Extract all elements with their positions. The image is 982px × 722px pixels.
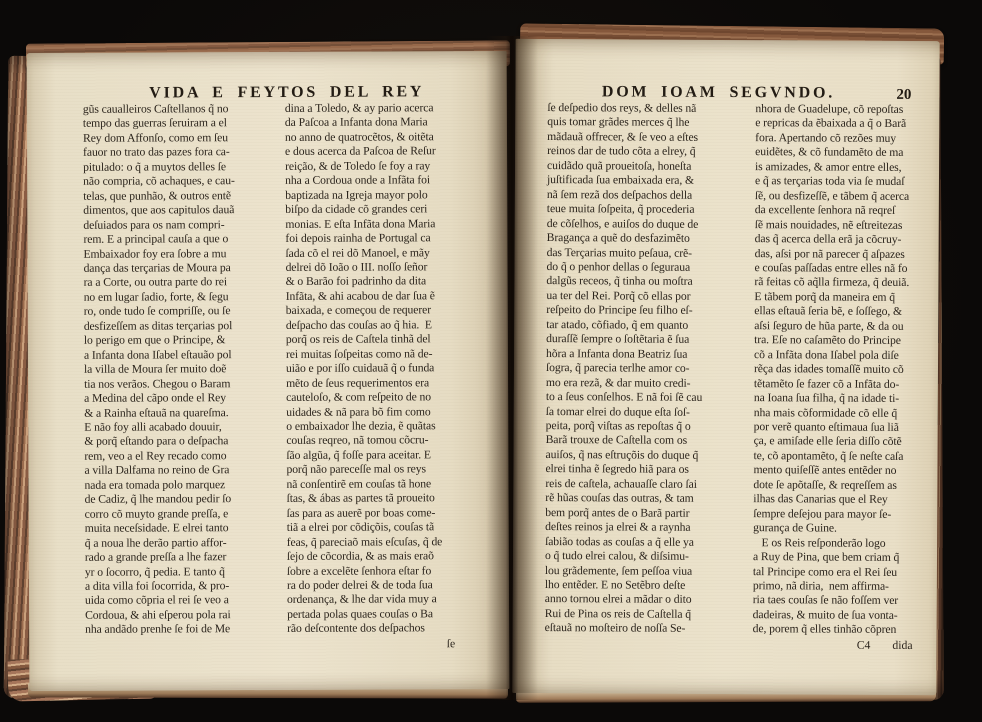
text-line: tar atado, cõfiado, q̃ em quanto — [546, 318, 738, 333]
text-line: e repricas da ẽbaixada a q̃ o Barã — [755, 117, 941, 132]
folio-number: 20 — [896, 87, 911, 104]
text-line: nha mais cõformidade cõ elle q̃ — [754, 406, 940, 421]
text-line: porq̃ não pareceſſe mal os reys — [286, 462, 482, 477]
text-line: das q̃ acerca della erã ja cõcruy- — [755, 232, 941, 247]
text-line: nã ſem rezã dos deſpachos della — [547, 188, 739, 203]
text-line: Bragança a quẽ do desfazimẽto — [547, 231, 739, 246]
text-line: yr o ſocorro, q̃ pedia. E tanto q̃ — [85, 564, 277, 579]
text-line: q̃ a noua lhe derão partio affor- — [85, 536, 277, 551]
text-line: gurança de Guine. — [753, 521, 939, 536]
text-line: lho entẽder. E no Setẽbro deſte — [545, 578, 737, 593]
text-line: rẽ hũas couſas das outras, & tam — [545, 491, 737, 506]
text-line: porq̃ os reis de Caſtela tinhã del — [286, 332, 482, 347]
text-line: dimentos, que aos capitulos dauã — [83, 203, 275, 218]
catchword: dida — [892, 639, 912, 654]
right-page: DOM IOAM SEGVNDO. 20 ſe deſpedio dos rey… — [512, 39, 939, 695]
text-line: lo perigo em que o Principe, & — [84, 333, 276, 348]
text-line: ſẽ, ou desfizeſſẽ, e tãbem q̃ acerca — [755, 189, 941, 204]
text-line: hõra a Infanta dona Beatriz ſua — [546, 347, 738, 362]
text-line: rado a grande preſſa a lhe fazer — [85, 550, 277, 565]
text-line: rem. E a principal cauſa a que o — [83, 232, 275, 247]
signature-mark: C4 — [857, 639, 871, 654]
text-line: baptizada na Igreja mayor polo — [285, 188, 481, 203]
text-line: cauteloſo, & com reſpeito de no — [286, 390, 482, 405]
text-line: ra a Corte, ou outra parte do rei — [84, 275, 276, 290]
text-line: nhora de Guadelupe, cõ repoſtas — [755, 102, 941, 117]
text-line: la villa de Moura ſer muito doẽ — [84, 362, 276, 377]
text-line: juſtificada ſua embaixada era, & — [547, 173, 739, 188]
text-line: no anno de quatrocẽtos, & oitẽta — [285, 130, 481, 145]
text-line: monias. E eſta Infãta dona Maria — [285, 217, 481, 232]
text-line: desfizeſſem as ditas terçarias pol — [84, 319, 276, 334]
text-line: te, cõ apontamẽto, q̃ ſe neſte caſa — [753, 449, 939, 464]
text-line: ordenança, & lhe dar vida muy a — [287, 592, 483, 607]
text-line: ſabião todas as couſas a q̃ elle ya — [545, 535, 737, 550]
text-line: deſpacho das couſas ao q̃ hia. E — [286, 318, 482, 333]
book-photo: VIDA E FEYTOS DEL REY gũs caualleiros Ca… — [0, 0, 982, 722]
text-line: feas, q̃ pareciaõ mais eſcuſas, q̃ de — [287, 535, 483, 550]
text-line: tiã a elrei por cõdiçõis, couſas tã — [287, 520, 483, 535]
text-line: duraſſẽ ſempre o ſoſtẽtaria ẽ ſua — [546, 332, 738, 347]
text-line: rẽça das idades tomaſſẽ muito cõ — [754, 362, 940, 377]
text-line: pertada polas quaes couſas o Ba — [287, 607, 483, 622]
text-line: por verẽ quanto eſtimaua ſua liã — [754, 420, 940, 435]
catchword: ſe — [287, 637, 483, 652]
text-line: rã feitas cõ aq̃lla firmeza, q̃ deuiã. — [754, 276, 940, 291]
text-line: nada era tomada polo marquez — [84, 478, 276, 493]
text-line: gũs caualleiros Caſtellanos q̃ no — [83, 102, 275, 117]
text-line: uidades & nã para bõ fim como — [286, 405, 482, 420]
text-line: Infãta, & ahi acabou de dar ſua ẽ — [286, 289, 482, 304]
text-line: telas, que punhão, & outros entẽ — [83, 189, 275, 204]
text-line: Embaixador foy era ſobre a mu — [83, 246, 275, 261]
left-running-head: VIDA E FEYTOS DEL REY — [87, 83, 487, 103]
text-line: ellas eſtauã ſeria bẽ, e ſoſſego, & — [754, 304, 940, 319]
text-line: cuidãdo quã proueitoſa, honeſta — [547, 159, 739, 174]
text-line: da excellente ſenhora nã reqreſ — [755, 203, 941, 218]
text-line: o embaixador lhe dezia, ẽ quãtas — [286, 419, 482, 434]
left-page-catchword-row: ſe — [287, 636, 483, 652]
text-line: ſogra, q̃ parecia terlhe amor co- — [546, 361, 738, 376]
text-line: couſas reqreo, nã tomou cõcru- — [286, 433, 482, 448]
text-line: biſpo da cidade cõ grandes ceri — [285, 202, 481, 217]
text-line: de Cadiz, q̃ lhe mandou pedir ſo — [85, 492, 277, 507]
text-line: deſuiados para os nam compri- — [83, 218, 275, 233]
text-line: Cordoua, & ahi eſperou pola rai — [85, 608, 277, 623]
text-line: ſada cõ el rei dõ Manoel, e mãy — [285, 246, 481, 261]
text-line: nã conſentirẽ em couſas tã hone — [286, 477, 482, 492]
text-line: ſobre a excelẽte ſenhora eſtar fo — [287, 564, 483, 579]
text-line: mo era rezã, & dar muito credi- — [546, 376, 738, 391]
text-line: tia nos verãos. Chegou o Baram — [84, 377, 276, 392]
text-line: ſejo de cõcordia, & as mais eraõ — [287, 549, 483, 564]
right-running-head: DOM IOAM SEGVNDO. — [553, 83, 883, 103]
left-page: VIDA E FEYTOS DEL REY gũs caualleiros Ca… — [27, 51, 510, 691]
text-line: a Medina del cãpo onde el Rey — [84, 391, 276, 406]
text-line: ſẽ mais nouidades, nẽ eſtreitezas — [755, 218, 941, 233]
text-line: euidẽtes, & cõ fundamẽto de ma — [755, 146, 941, 161]
text-line: dina a Toledo, & ay pario acerca — [285, 101, 481, 116]
text-line: não compria, cõ achaques, e cau- — [83, 174, 275, 189]
text-line: E os Reis reſponderão logo — [753, 536, 939, 551]
text-line: de, porem q̃ elles tinhão cõpren — [753, 622, 939, 637]
text-line: ſtas, & ábas as partes tã proueito — [287, 491, 483, 506]
text-line: no em lugar ſadio, forte, & ſegu — [84, 290, 276, 305]
text-line: das Terçarias muito peſaua, crẽ- — [547, 246, 739, 261]
text-line: & a Rainha eſtauã na quareſma. — [84, 405, 276, 420]
text-line: baixada, e começou de requerer — [286, 303, 482, 318]
text-line: fora. Apertando cõ rezões muy — [755, 131, 941, 146]
text-line: elrei tinha ẽ ſegredo hiã para os — [545, 462, 737, 477]
text-line: ſe deſpedio dos reys, & delles nã — [547, 101, 739, 116]
text-line: ſempre deſejou para mayor ſe- — [753, 507, 939, 522]
text-line: to a ſeus conſelhos. E nã foi ſẽ cau — [546, 390, 738, 405]
text-line: bem porq̃ antes de o Barã partir — [545, 506, 737, 521]
text-line: na Ioana ſua filha, q̃ na idade ti- — [754, 391, 940, 406]
text-line: & porq̃ eſtando para o deſpacha — [84, 434, 276, 449]
text-line: cõ a Infãta dona Iſabel pola diſe — [754, 348, 940, 363]
text-line: E tãbem porq̃ da maneira em q̃ — [754, 290, 940, 305]
text-line: deſtes reinos ja elrei & a raynha — [545, 520, 737, 535]
text-line: dadeiras, & muito de ſua vonta- — [753, 608, 939, 623]
text-line: ria taes couſas ſe não foſſem ver — [753, 594, 939, 609]
text-line: mento quiſeſſẽ antes entẽder no — [753, 463, 939, 478]
text-line: primo, nã diria, nem affirma- — [753, 579, 939, 594]
text-line: reição, & de Toledo ſe foy a ray — [285, 159, 481, 174]
text-line: de cõſelhos, e auiſos do duque de — [547, 217, 739, 232]
text-line: da Paſcoa a Infanta dona Maria — [285, 116, 481, 131]
text-line: nha a Cordoua onde a Infãta foi — [285, 173, 481, 188]
text-line: & o Barão foi padrinho da dita — [286, 275, 482, 290]
text-line: corro cõ muyto grande preſſa, e — [85, 507, 277, 522]
right-page-column-2: nhora de Guadelupe, cõ repoſtase reprica… — [753, 102, 942, 638]
text-line: e couſas paſſadas entre elles nã fo — [754, 261, 940, 276]
text-line: is amizades, & amor entre elles, — [755, 160, 941, 175]
text-line: tra. Eſe no caſamẽto do Principe — [754, 333, 940, 348]
text-line: e q̃ as terçarias toda via ſe mudaſ — [755, 174, 941, 189]
text-line: mãdauã offrecer, & ſe veo a eſtes — [547, 130, 739, 145]
text-line: do q̃ o penhor dellas o ſeguraua — [546, 260, 738, 275]
left-page-column-1: gũs caualleiros Caſtellanos q̃ notempo d… — [83, 102, 277, 638]
text-line: ra do poder delrei & de toda ſua — [287, 578, 483, 593]
text-line: lou grãdemente, ſem peſſoa viua — [545, 564, 737, 579]
left-page-column-2: dina a Toledo, & ay pario acercada Paſco… — [285, 101, 483, 637]
text-line: anno tornou elrei a mãdar o dito — [545, 592, 737, 607]
text-line: tempo das guerras ſeruiram a el — [83, 116, 275, 131]
text-line: auiſos, q̃ nas eſtruçõis do duque q̃ — [545, 448, 737, 463]
text-line: eſtauã no moſteiro de noſſa Se- — [545, 621, 737, 636]
text-line: dança das terçarias de Moura pa — [84, 261, 276, 276]
text-line: o q̃ tudo elrei calou, & diſsimu- — [545, 549, 737, 564]
text-line: teue muita ſoſpeita, q̃ procederia — [547, 202, 739, 217]
text-line: mẽto de ſeus requerimentos era — [286, 376, 482, 391]
text-line: ſas para as auerẽ por boas come- — [287, 506, 483, 521]
text-line: nha andãdo prenhe ſe foi de Me — [85, 622, 277, 637]
text-line: a Infanta dona Iſabel eſtauão pol — [84, 348, 276, 363]
text-line: reinos dar de tudo cõta a elrey, q̃ — [547, 144, 739, 159]
text-line: tal Principe como era el Rei ſeu — [753, 565, 939, 580]
text-line: fauor no trato das pazes fora ca- — [83, 145, 275, 160]
text-line: Barã trouxe de Caſtella com os — [546, 433, 738, 448]
text-line: Rey dom Affonſo, como em ſeu — [83, 131, 275, 146]
right-page-signature-row: C4 dida — [753, 637, 939, 653]
text-line: tẽtamẽto ſe fazer cõ a Infãta do- — [754, 377, 940, 392]
text-line: ça, e amiſade elle ſeria diſſo cõtẽ — [754, 435, 940, 450]
text-line: reis de caſtela, achauaſſe claro ſai — [545, 477, 737, 492]
text-line: rei muitas ſoſpeitas como nã de- — [286, 347, 482, 362]
text-line: ua ter del Rei. Porq̃ cõ ellas por — [546, 289, 738, 304]
text-line: Rui de Pina os reis de Caſtella q̃ — [545, 607, 737, 622]
text-line: a dita villa foi ſocorrida, & pro- — [85, 579, 277, 594]
text-line: das, aſsi por nã parecer q̃ aſpazes — [755, 247, 941, 262]
text-line: dote ſe apõtaſſe, & reqreſſem as — [753, 478, 939, 493]
text-line: E não foy alli acabado douuir, — [84, 420, 276, 435]
text-line: quis tomar grãdes merces q̃ lhe — [547, 116, 739, 131]
text-line: reſpeito do Principe ſeu filho eſ- — [546, 303, 738, 318]
text-line: a Ruy de Pina, que bem criam q̃ — [753, 550, 939, 565]
text-line: uião e por iſſo cuidauã q̃ o funda — [286, 361, 482, 376]
text-line: ſa tomar elrei do duque eſta ſoſ- — [546, 405, 738, 420]
text-line: pitulado: o q̃ a muytos delles ſe — [83, 160, 275, 175]
text-line: a villa Dalfama no reino de Gra — [84, 463, 276, 478]
text-line: ſão algũa, q̃ foſſe para aceitar. E — [286, 448, 482, 463]
text-line: rem, veo a el Rey recado como — [84, 449, 276, 464]
text-line: ro, onde tudo ſe compriſſe, ou ſe — [84, 304, 276, 319]
text-line: uida como cõpria el rei ſe veo a — [85, 593, 277, 608]
text-line: delrei dõ Ioão o III. noſſo ſeñor — [286, 260, 482, 275]
right-page-column-1: ſe deſpedio dos reys, & delles nãquis to… — [545, 101, 740, 637]
text-line: e dous acerca da Paſcoa de Reſur — [285, 144, 481, 159]
text-line: muita neceſsidade. E elrei tanto — [85, 521, 277, 536]
text-line: rão deſcontente dos deſpachos — [287, 621, 483, 636]
text-line: peita, porq̃ viſtas as repoſtas q̃ o — [546, 419, 738, 434]
text-line: ilhas das Canarias que el Rey — [753, 492, 939, 507]
text-line: foi depois rainha de Portugal ca — [285, 231, 481, 246]
text-line: dalgũs receos, q̃ tinha ou moſtra — [546, 274, 738, 289]
text-line: aſsi ſeguro de hũa parte, & da ou — [754, 319, 940, 334]
